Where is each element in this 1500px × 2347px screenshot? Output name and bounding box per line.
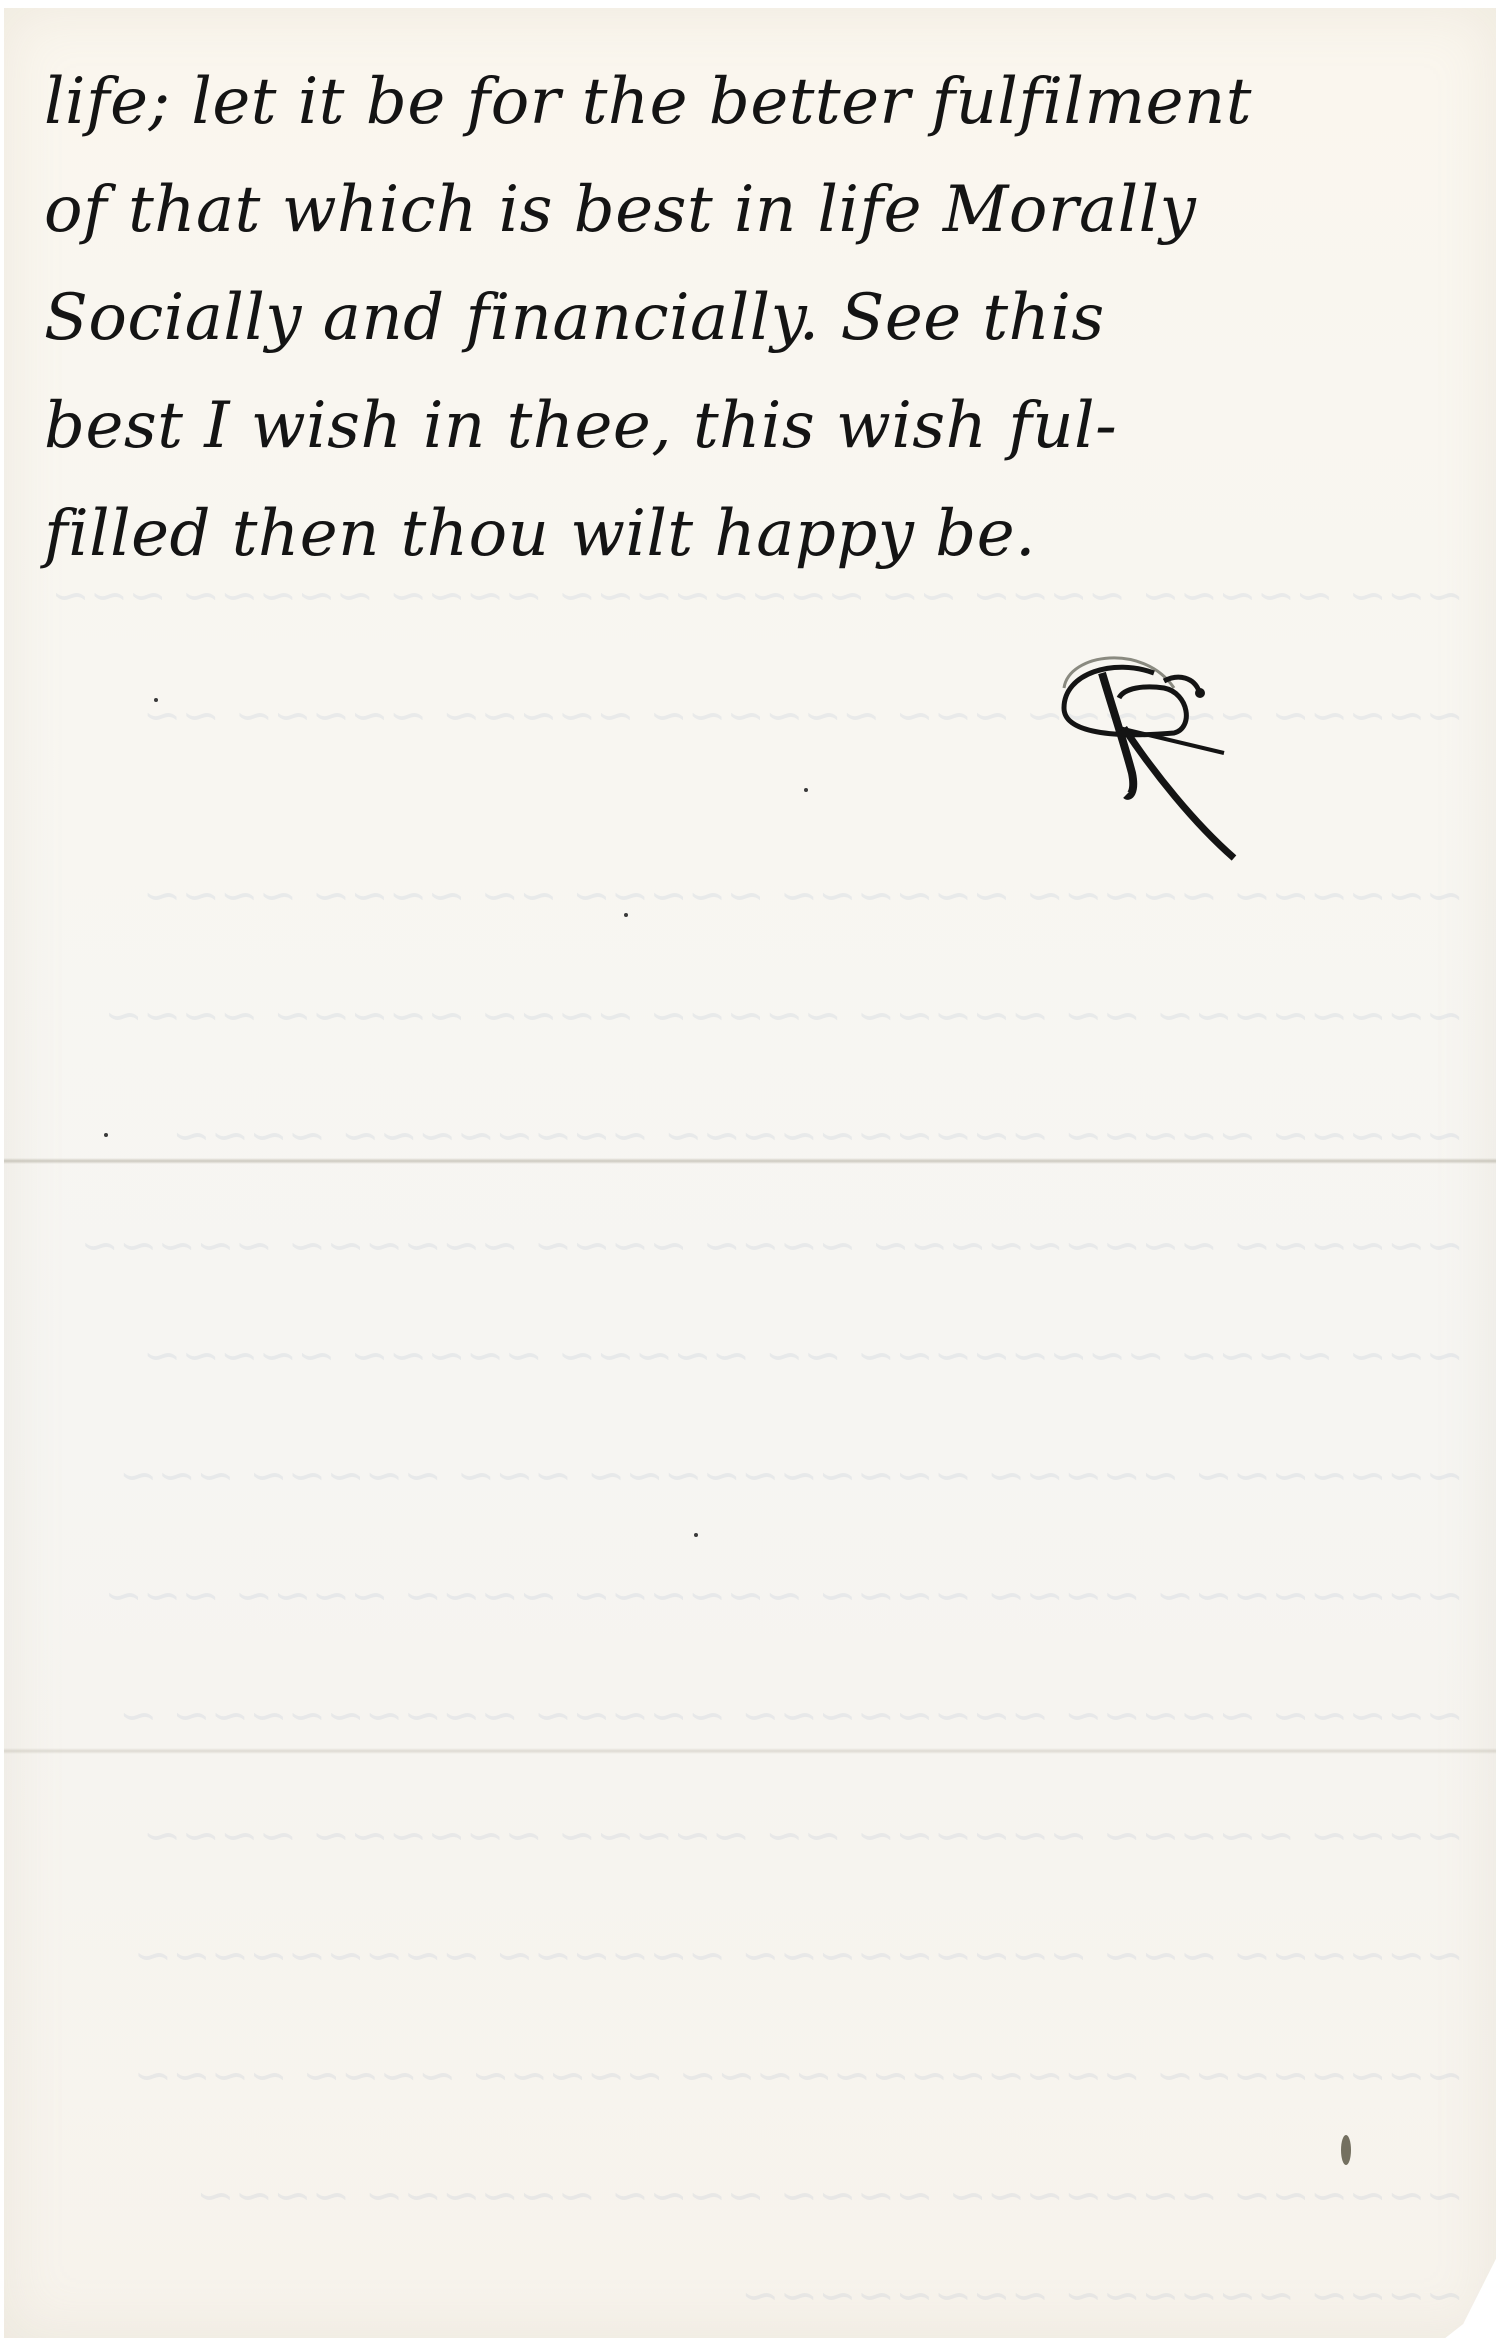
bleed-through-line: ~~~~~~~~ ~~ ~~~~~ ~~~~~ ~~~~ ~~~~~ ~~~~ bbox=[44, 988, 1464, 1042]
bleed-through-line: ~~~ ~~~~ ~~~~~~~~ ~~ ~~~~~ ~~~~~ ~~~~~ bbox=[44, 1328, 1464, 1382]
handwritten-text: life; let it be for the better fulfilmen… bbox=[44, 48, 1484, 588]
bleed-through-line: ~~~~~~~~ ~~~~ ~~~~ ~~~~~~ ~~~~ ~~~~ ~~~ bbox=[44, 1568, 1464, 1622]
paper-speck bbox=[104, 1133, 108, 1137]
bleed-through-line: ~~~~~ ~~~~~ ~~~~~~~~ ~~~~~ ~~~~~~~~~ ~ bbox=[44, 1688, 1464, 1742]
bleed-through-line: ~~~~~~ ~~~~~~~ ~~~~ ~~~~ ~~~~~~ ~~~~ bbox=[44, 2168, 1464, 2222]
bleed-through-line: ~~~~ ~~~~~ ~~~~~~ ~~ ~~~~~ ~~~~~~ ~~~~ bbox=[44, 1808, 1464, 1862]
bleed-through-line: ~~~~~ ~~~~~~ ~~~ ~~~~~~ ~~~~~ ~~~~~ ~~ bbox=[44, 688, 1464, 742]
bleed-through-line: ~~~~~ ~~~~~ ~~~~~~~~~~ ~~~~~~~~ ~~~~ bbox=[44, 1108, 1464, 1162]
bleed-through-line: ~~~~~~ ~~~~~~~~~ ~~~~ ~~~~ ~~~~~~ ~~~~~ bbox=[44, 1218, 1464, 1272]
ink-stain bbox=[1341, 2135, 1351, 2165]
monogram-signature-icon bbox=[1024, 633, 1244, 863]
paper-fold-crease bbox=[4, 1158, 1496, 1164]
paper-speck bbox=[694, 1533, 698, 1537]
text-line: best I wish in thee, this wish ful- bbox=[44, 372, 1484, 480]
paper-fold-crease bbox=[4, 1748, 1496, 1754]
text-line: Socially and financially. See this bbox=[44, 264, 1484, 372]
text-line: of that which is best in life Morally bbox=[44, 156, 1484, 264]
text-line: life; let it be for the better fulfilmen… bbox=[44, 48, 1484, 156]
paper-speck bbox=[154, 698, 158, 702]
text-line: filled then thou wilt happy be. bbox=[44, 480, 1484, 588]
bleed-through-line: ~~~~~~ ~~~~~ ~~~~~~ ~~~~~ ~~ ~~~~ ~~~~ bbox=[44, 868, 1464, 922]
bleed-through-line: ~~~~~~~ ~~~~~ ~~~~~~~~~~ ~~~ ~~~~~ ~~~ bbox=[44, 1448, 1464, 1502]
letter-page: ~~~ ~~~~~ ~~~~ ~~ ~~~~~~~~ ~~~~ ~~~~~ ~~… bbox=[4, 8, 1496, 2338]
bleed-through-line: ~~~~ ~~~~~~ ~~~~~~~~ bbox=[44, 2268, 1464, 2322]
paper-speck bbox=[624, 913, 628, 917]
bleed-through-line: ~~~~~~~~ ~~~~~~~~~~~~ ~~~~~ ~~~~ ~~~~ bbox=[44, 2048, 1464, 2102]
bleed-through-line: ~~~~~~ ~~~ ~~~~~~~~~ ~~~~~~ ~~~~~~~~~ bbox=[44, 1928, 1464, 1982]
paper-speck bbox=[804, 788, 808, 792]
